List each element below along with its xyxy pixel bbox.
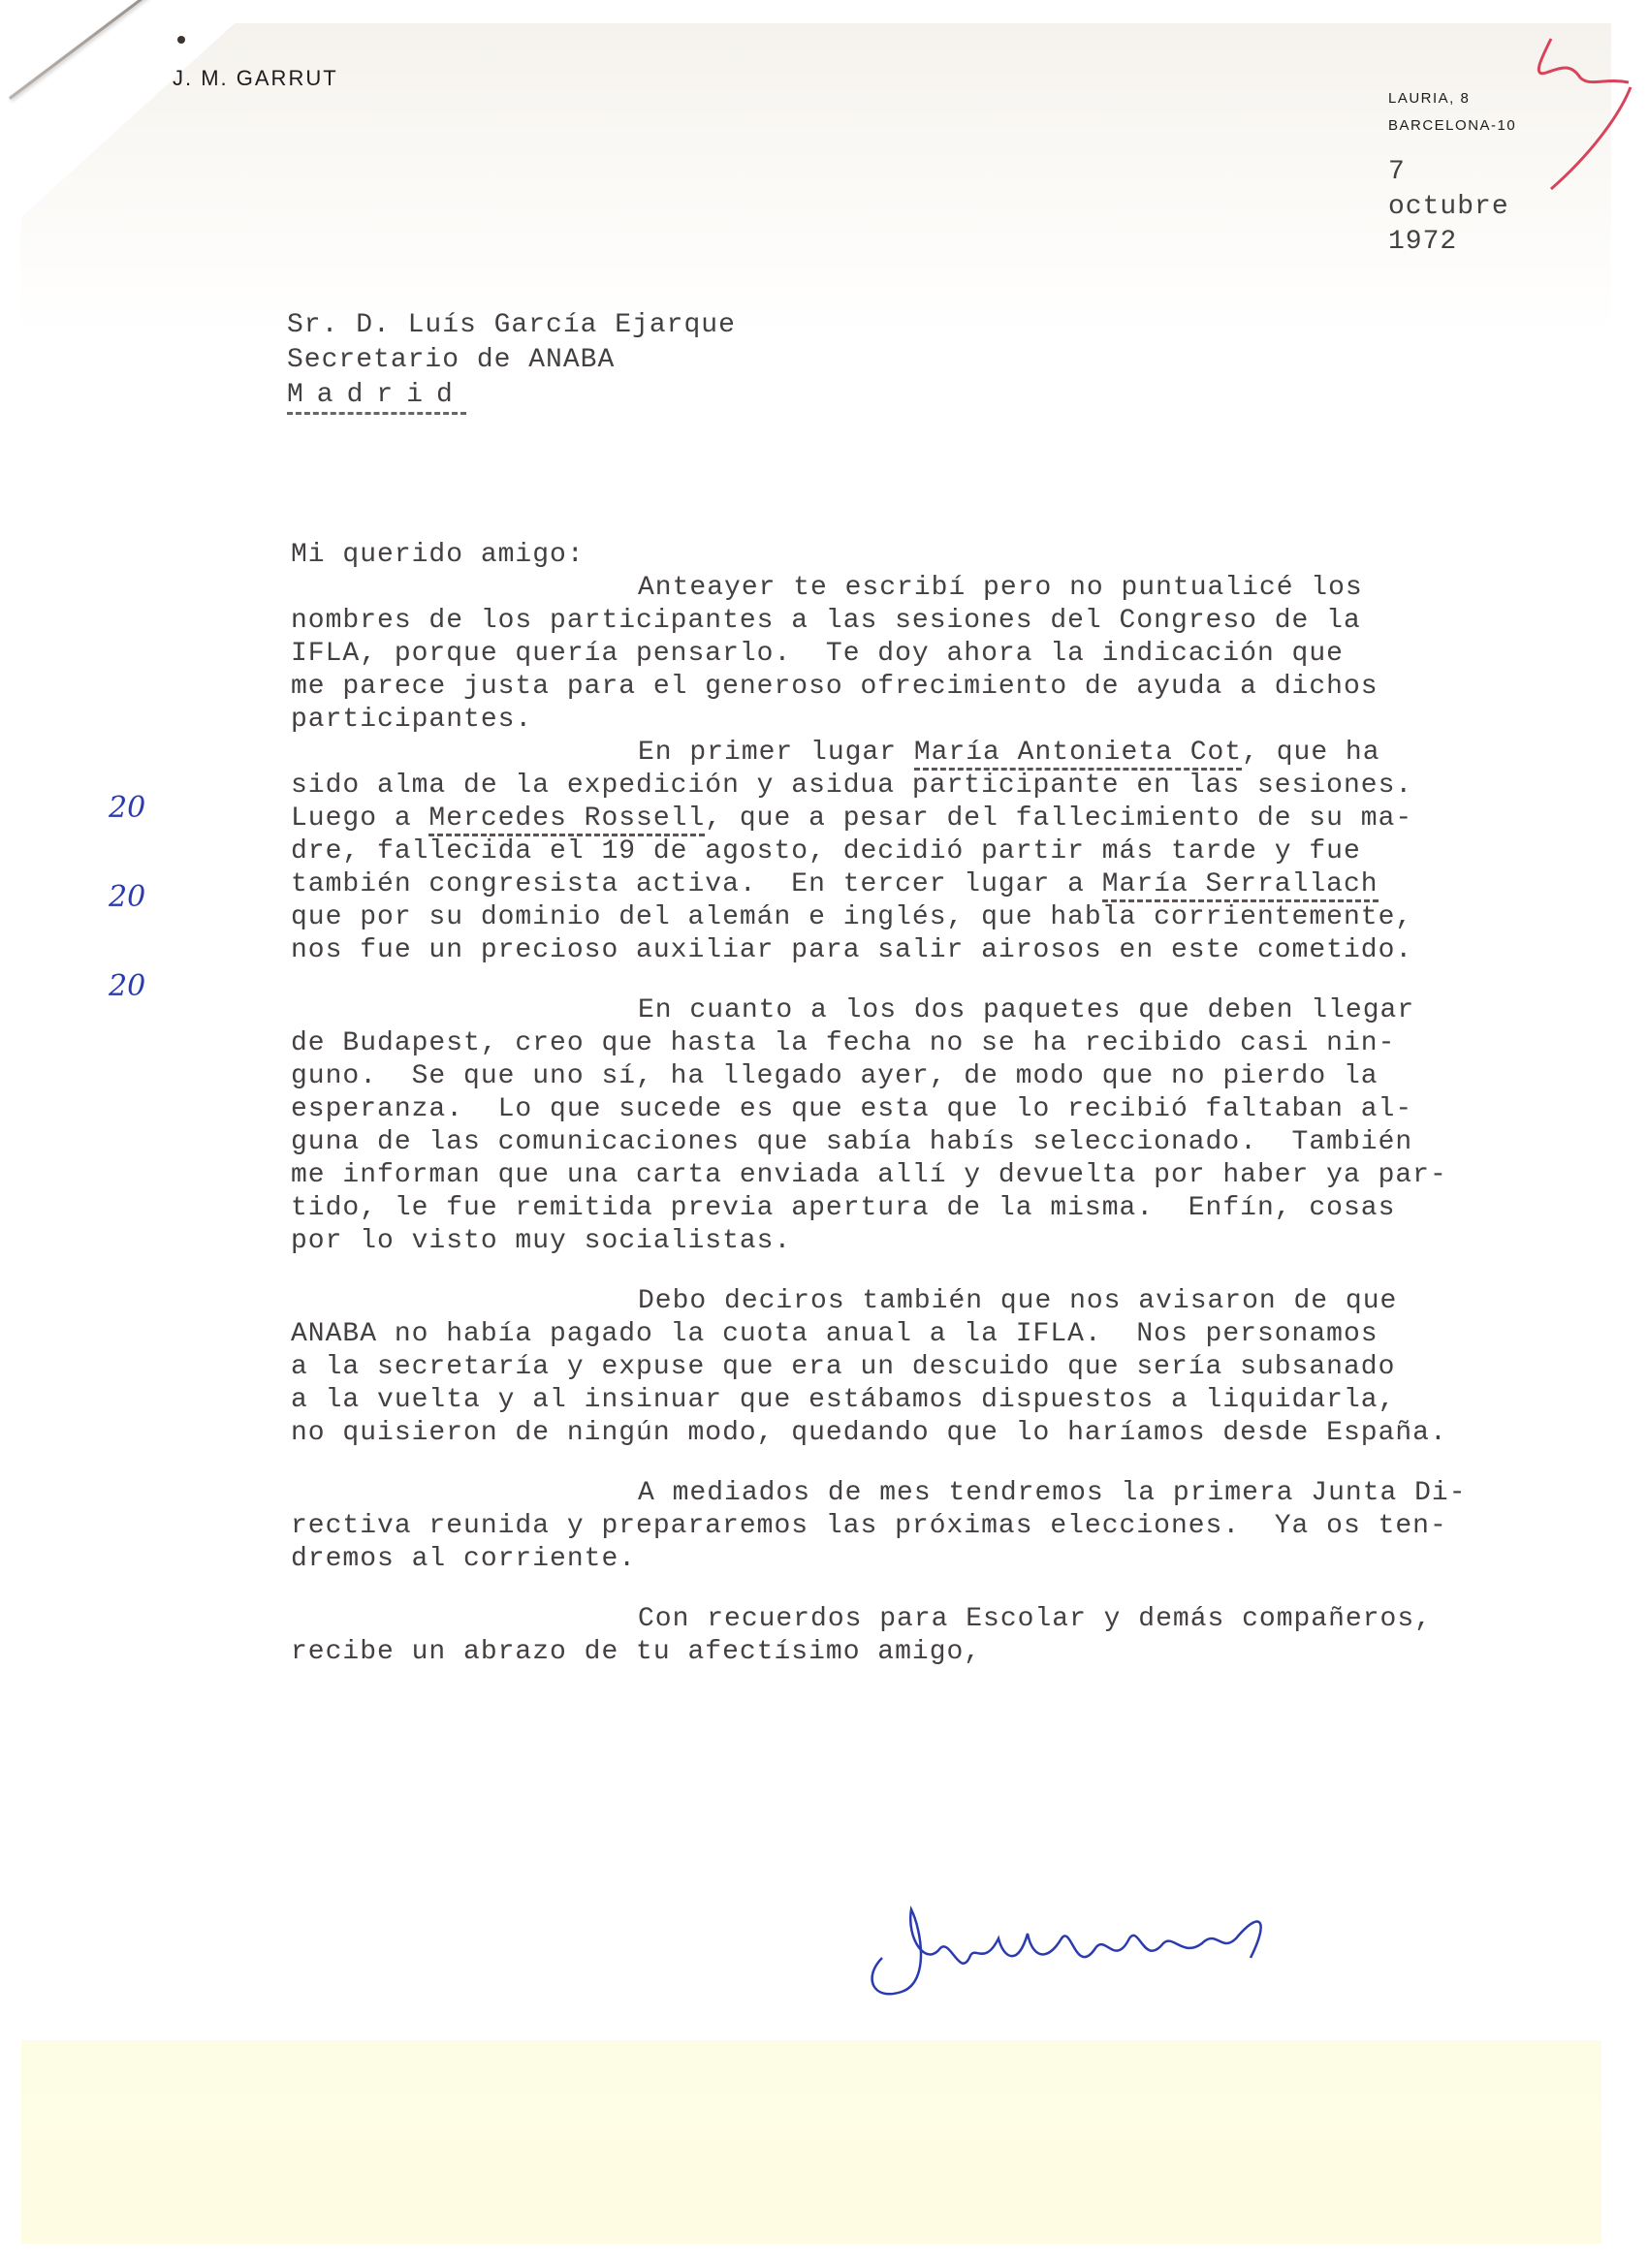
body-line: Luego a Mercedes Rossell, que a pesar de…: [291, 803, 1590, 835]
margin-note: 20: [109, 880, 145, 969]
letterhead-name: J. M. GARRUT: [173, 66, 338, 91]
body-line: guna de las comunicaciones que sabía hab…: [291, 1126, 1590, 1159]
body-line: también congresista activa. En tercer lu…: [291, 868, 1590, 901]
body-line: no quisieron de ningún modo, quedando qu…: [291, 1417, 1590, 1450]
body-line: esperanza. Lo que sucede es que esta que…: [291, 1093, 1590, 1126]
letterhead-address: LAURIA, 8 BARCELONA-10: [1388, 85, 1516, 140]
margin-note: 20: [109, 791, 145, 880]
staple-hole-icon: [177, 36, 185, 44]
margin-note: 20: [109, 969, 145, 1058]
body-line: por lo visto muy socialistas.: [291, 1225, 1590, 1258]
body-line: IFLA, porque quería pensarlo. Te doy aho…: [291, 638, 1590, 671]
page-bottom-tint: [21, 2040, 1601, 2244]
recipient-city: Madrid: [287, 380, 466, 415]
body-line: ANABA no había pagado la cuota anual a l…: [291, 1318, 1590, 1351]
date-month: octubre: [1388, 190, 1509, 225]
body-line: guno. Se que uno sí, ha llegado ayer, de…: [291, 1060, 1590, 1093]
body-line: que por su dominio del alemán e inglés, …: [291, 901, 1590, 934]
red-pencil-mark-icon: [1512, 19, 1648, 213]
body-line: Debo deciros también que nos avisaron de…: [291, 1285, 1590, 1318]
body-line: Anteayer te escribí pero no puntualicé l…: [291, 572, 1590, 605]
body-line: nombres de los participantes a las sesio…: [291, 605, 1590, 638]
date-day: 7: [1388, 155, 1509, 190]
body-line: tido, le fue remitida previa apertura de…: [291, 1192, 1590, 1225]
body-line: nos fue un precioso auxiliar para salir …: [291, 934, 1590, 967]
body-line: En cuanto a los dos paquetes que deben l…: [291, 994, 1590, 1027]
body-line: dremos al corriente.: [291, 1543, 1590, 1576]
body-line: a la vuelta y al insinuar que estábamos …: [291, 1384, 1590, 1417]
body-line: me parece justa para el generoso ofrecim…: [291, 671, 1590, 704]
body-line: participantes.: [291, 704, 1590, 737]
address-city: BARCELONA-10: [1388, 112, 1516, 140]
closing-line: recibe un abrazo de tu afectísimo amigo,: [291, 1636, 1590, 1669]
handwritten-signature-icon: [853, 1900, 1318, 2006]
body-line: sido alma de la expedición y asidua part…: [291, 770, 1590, 803]
letter-body: Mi querido amigo: Anteayer te escribí pe…: [291, 539, 1590, 1669]
body-line: a la secretaría y expuse que era un desc…: [291, 1351, 1590, 1384]
recipient-title: Secretario de ANABA: [287, 343, 736, 378]
recipient-block: Sr. D. Luís García Ejarque Secretario de…: [287, 308, 736, 413]
participant-name: María Antonieta Cot: [914, 738, 1242, 771]
address-street: LAURIA, 8: [1388, 85, 1516, 112]
body-line: rectiva reunida y prepararemos las próxi…: [291, 1510, 1590, 1543]
date-year: 1972: [1388, 225, 1509, 260]
body-line: me informan que una carta enviada allí y…: [291, 1159, 1590, 1192]
letter-date: 7 octubre 1972: [1388, 155, 1509, 260]
body-line: dre, fallecida el 19 de agosto, decidió …: [291, 835, 1590, 868]
margin-notes: 20 20 20: [109, 791, 145, 1058]
participant-name: Mercedes Rossell: [428, 803, 705, 836]
salutation: Mi querido amigo:: [291, 539, 1590, 572]
body-line: de Budapest, creo que hasta la fecha no …: [291, 1027, 1590, 1060]
body-line: En primer lugar María Antonieta Cot, que…: [291, 737, 1590, 770]
closing-line: Con recuerdos para Escolar y demás compa…: [291, 1603, 1590, 1636]
participant-name: María Serrallach: [1102, 869, 1379, 902]
folded-corner: [21, 23, 235, 217]
recipient-name: Sr. D. Luís García Ejarque: [287, 308, 736, 343]
body-line: A mediados de mes tendremos la primera J…: [291, 1477, 1590, 1510]
